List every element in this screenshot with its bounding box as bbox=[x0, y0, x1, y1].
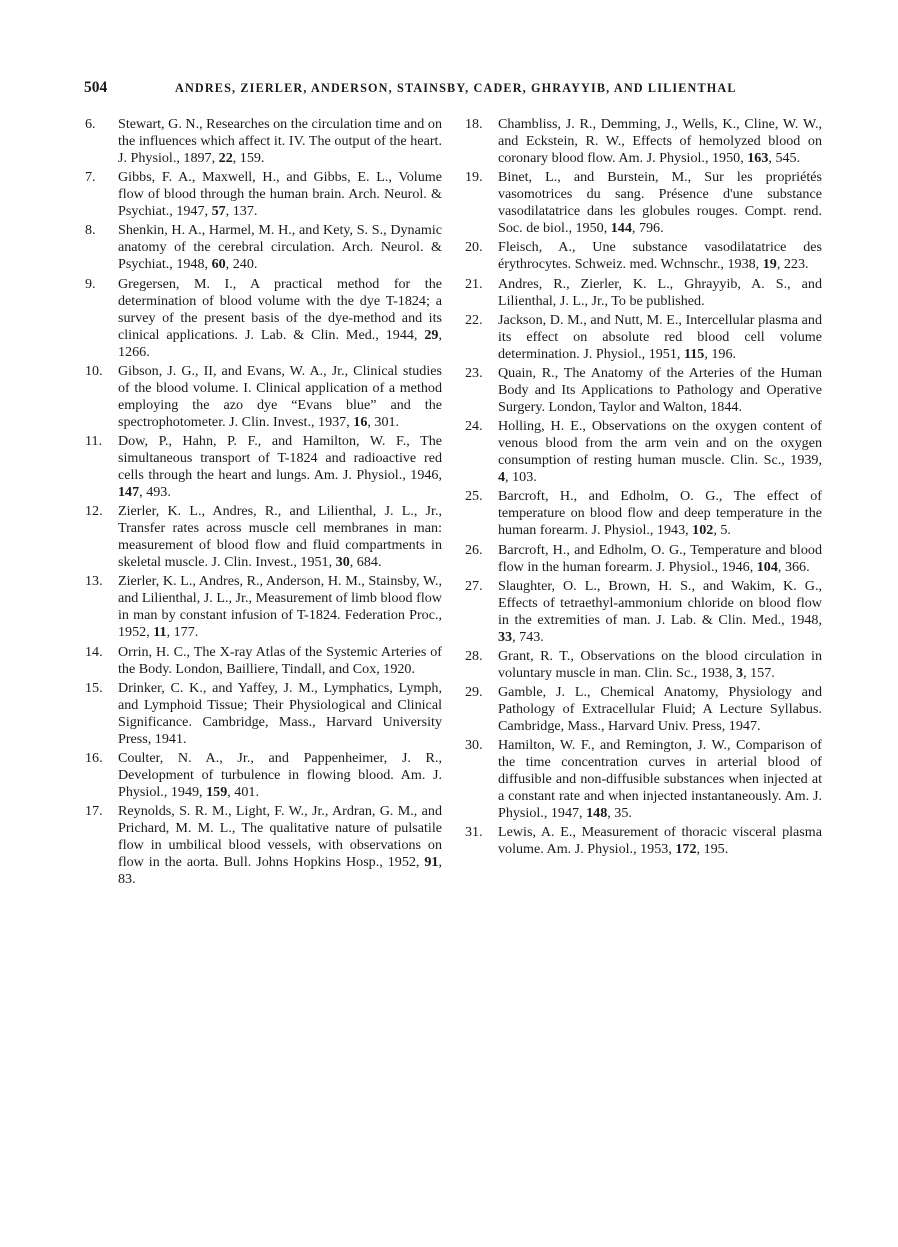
reference-item: 11.Dow, P., Hahn, P. F., and Hamilton, W… bbox=[85, 433, 442, 501]
reference-item: 19.Binet, L., and Burstein, M., Sur les … bbox=[465, 169, 822, 237]
reference-item: 14.Orrin, H. C., The X-ray Atlas of the … bbox=[85, 644, 442, 678]
reference-item: 26.Barcroft, H., and Edholm, O. G., Temp… bbox=[465, 542, 822, 576]
reference-text: Coulter, N. A., Jr., and Pappenheimer, J… bbox=[118, 750, 442, 801]
reference-text: Reynolds, S. R. M., Light, F. W., Jr., A… bbox=[118, 803, 442, 888]
reference-number: 26. bbox=[465, 542, 483, 559]
references-column-right: 18.Chambliss, J. R., Demming, J., Wells,… bbox=[465, 116, 822, 861]
reference-number: 27. bbox=[465, 578, 483, 595]
reference-text: Shenkin, H. A., Harmel, M. H., and Kety,… bbox=[118, 222, 442, 273]
reference-number: 20. bbox=[465, 239, 483, 256]
reference-number: 7. bbox=[85, 169, 96, 186]
reference-item: 10.Gibson, J. G., II, and Evans, W. A., … bbox=[85, 363, 442, 431]
reference-volume: 16 bbox=[353, 414, 367, 430]
reference-item: 28.Grant, R. T., Observations on the blo… bbox=[465, 648, 822, 682]
reference-number: 11. bbox=[85, 433, 102, 450]
reference-item: 30.Hamilton, W. F., and Remington, J. W.… bbox=[465, 737, 822, 822]
reference-item: 17.Reynolds, S. R. M., Light, F. W., Jr.… bbox=[85, 803, 442, 888]
reference-text: Slaughter, O. L., Brown, H. S., and Waki… bbox=[498, 578, 822, 646]
reference-volume: 115 bbox=[684, 346, 704, 362]
reference-volume: 4 bbox=[498, 469, 505, 485]
reference-text: Binet, L., and Burstein, M., Sur les pro… bbox=[498, 169, 822, 237]
reference-text: Barcroft, H., and Edholm, O. G., The eff… bbox=[498, 488, 822, 539]
reference-item: 27.Slaughter, O. L., Brown, H. S., and W… bbox=[465, 578, 822, 646]
reference-text: Gibson, J. G., II, and Evans, W. A., Jr.… bbox=[118, 363, 442, 431]
reference-item: 9.Gregersen, M. I., A practical method f… bbox=[85, 276, 442, 361]
reference-volume: 144 bbox=[611, 220, 632, 236]
reference-text: Lewis, A. E., Measurement of thoracic vi… bbox=[498, 824, 822, 858]
reference-item: 12.Zierler, K. L., Andres, R., and Lilie… bbox=[85, 503, 442, 571]
reference-number: 13. bbox=[85, 573, 103, 590]
reference-number: 18. bbox=[465, 116, 483, 133]
reference-text: Dow, P., Hahn, P. F., and Hamilton, W. F… bbox=[118, 433, 442, 501]
reference-text: Grant, R. T., Observations on the blood … bbox=[498, 648, 822, 682]
reference-volume: 11 bbox=[153, 624, 166, 640]
reference-item: 18.Chambliss, J. R., Demming, J., Wells,… bbox=[465, 116, 822, 167]
reference-number: 30. bbox=[465, 737, 483, 754]
reference-number: 10. bbox=[85, 363, 103, 380]
running-head: ANDRES, ZIERLER, ANDERSON, STAINSBY, CAD… bbox=[175, 81, 737, 96]
reference-number: 29. bbox=[465, 684, 483, 701]
reference-text: Orrin, H. C., The X-ray Atlas of the Sys… bbox=[118, 644, 442, 678]
reference-item: 21.Andres, R., Zierler, K. L., Ghrayyib,… bbox=[465, 276, 822, 310]
reference-text: Quain, R., The Anatomy of the Arteries o… bbox=[498, 365, 822, 416]
reference-item: 23.Quain, R., The Anatomy of the Arterie… bbox=[465, 365, 822, 416]
reference-volume: 30 bbox=[336, 554, 350, 570]
reference-volume: 172 bbox=[675, 841, 696, 857]
reference-text: Zierler, K. L., Andres, R., Anderson, H.… bbox=[118, 573, 442, 641]
reference-text: Fleisch, A., Une substance vasodilatatri… bbox=[498, 239, 822, 273]
reference-volume: 60 bbox=[212, 256, 226, 272]
reference-item: 13.Zierler, K. L., Andres, R., Anderson,… bbox=[85, 573, 442, 641]
reference-item: 22.Jackson, D. M., and Nutt, M. E., Inte… bbox=[465, 312, 822, 363]
reference-volume: 22 bbox=[219, 150, 233, 166]
reference-text: Drinker, C. K., and Yaffey, J. M., Lymph… bbox=[118, 680, 442, 748]
reference-text: Gamble, J. L., Chemical Anatomy, Physiol… bbox=[498, 684, 822, 735]
reference-volume: 19 bbox=[763, 256, 777, 272]
reference-item: 16.Coulter, N. A., Jr., and Pappenheimer… bbox=[85, 750, 442, 801]
reference-volume: 91 bbox=[424, 854, 438, 870]
reference-number: 31. bbox=[465, 824, 483, 841]
reference-item: 25.Barcroft, H., and Edholm, O. G., The … bbox=[465, 488, 822, 539]
reference-number: 15. bbox=[85, 680, 103, 697]
page-number: 504 bbox=[84, 79, 107, 97]
reference-number: 14. bbox=[85, 644, 103, 661]
reference-number: 24. bbox=[465, 418, 483, 435]
reference-volume: 163 bbox=[747, 150, 768, 166]
reference-item: 8.Shenkin, H. A., Harmel, M. H., and Ket… bbox=[85, 222, 442, 273]
reference-text: Stewart, G. N., Researches on the circul… bbox=[118, 116, 442, 167]
reference-text: Gregersen, M. I., A practical method for… bbox=[118, 276, 442, 361]
reference-volume: 57 bbox=[212, 203, 226, 219]
reference-number: 19. bbox=[465, 169, 483, 186]
reference-text: Barcroft, H., and Edholm, O. G., Tempera… bbox=[498, 542, 822, 576]
reference-item: 15.Drinker, C. K., and Yaffey, J. M., Ly… bbox=[85, 680, 442, 748]
reference-volume: 29 bbox=[424, 327, 438, 343]
reference-number: 22. bbox=[465, 312, 483, 329]
reference-item: 31.Lewis, A. E., Measurement of thoracic… bbox=[465, 824, 822, 858]
reference-volume: 159 bbox=[206, 784, 227, 800]
reference-number: 25. bbox=[465, 488, 483, 505]
reference-volume: 33 bbox=[498, 629, 512, 645]
reference-item: 29.Gamble, J. L., Chemical Anatomy, Phys… bbox=[465, 684, 822, 735]
reference-number: 21. bbox=[465, 276, 483, 293]
reference-number: 6. bbox=[85, 116, 96, 133]
reference-number: 23. bbox=[465, 365, 483, 382]
reference-text: Gibbs, F. A., Maxwell, H., and Gibbs, E.… bbox=[118, 169, 442, 220]
reference-volume: 3 bbox=[736, 665, 743, 681]
reference-text: Jackson, D. M., and Nutt, M. E., Interce… bbox=[498, 312, 822, 363]
reference-number: 12. bbox=[85, 503, 103, 520]
reference-item: 6.Stewart, G. N., Researches on the circ… bbox=[85, 116, 442, 167]
reference-volume: 148 bbox=[586, 805, 607, 821]
reference-number: 8. bbox=[85, 222, 96, 239]
references-column-left: 6.Stewart, G. N., Researches on the circ… bbox=[85, 116, 442, 890]
reference-volume: 102 bbox=[692, 522, 713, 538]
reference-number: 17. bbox=[85, 803, 103, 820]
reference-text: Chambliss, J. R., Demming, J., Wells, K.… bbox=[498, 116, 822, 167]
reference-text: Zierler, K. L., Andres, R., and Lilienth… bbox=[118, 503, 442, 571]
reference-number: 16. bbox=[85, 750, 103, 767]
reference-item: 20.Fleisch, A., Une substance vasodilata… bbox=[465, 239, 822, 273]
reference-volume: 104 bbox=[757, 559, 778, 575]
reference-number: 28. bbox=[465, 648, 483, 665]
reference-text: Andres, R., Zierler, K. L., Ghrayyib, A.… bbox=[498, 276, 822, 310]
reference-text: Holling, H. E., Observations on the oxyg… bbox=[498, 418, 822, 486]
reference-text: Hamilton, W. F., and Remington, J. W., C… bbox=[498, 737, 822, 822]
reference-item: 7.Gibbs, F. A., Maxwell, H., and Gibbs, … bbox=[85, 169, 442, 220]
reference-item: 24.Holling, H. E., Observations on the o… bbox=[465, 418, 822, 486]
reference-volume: 147 bbox=[118, 484, 139, 500]
reference-number: 9. bbox=[85, 276, 96, 293]
